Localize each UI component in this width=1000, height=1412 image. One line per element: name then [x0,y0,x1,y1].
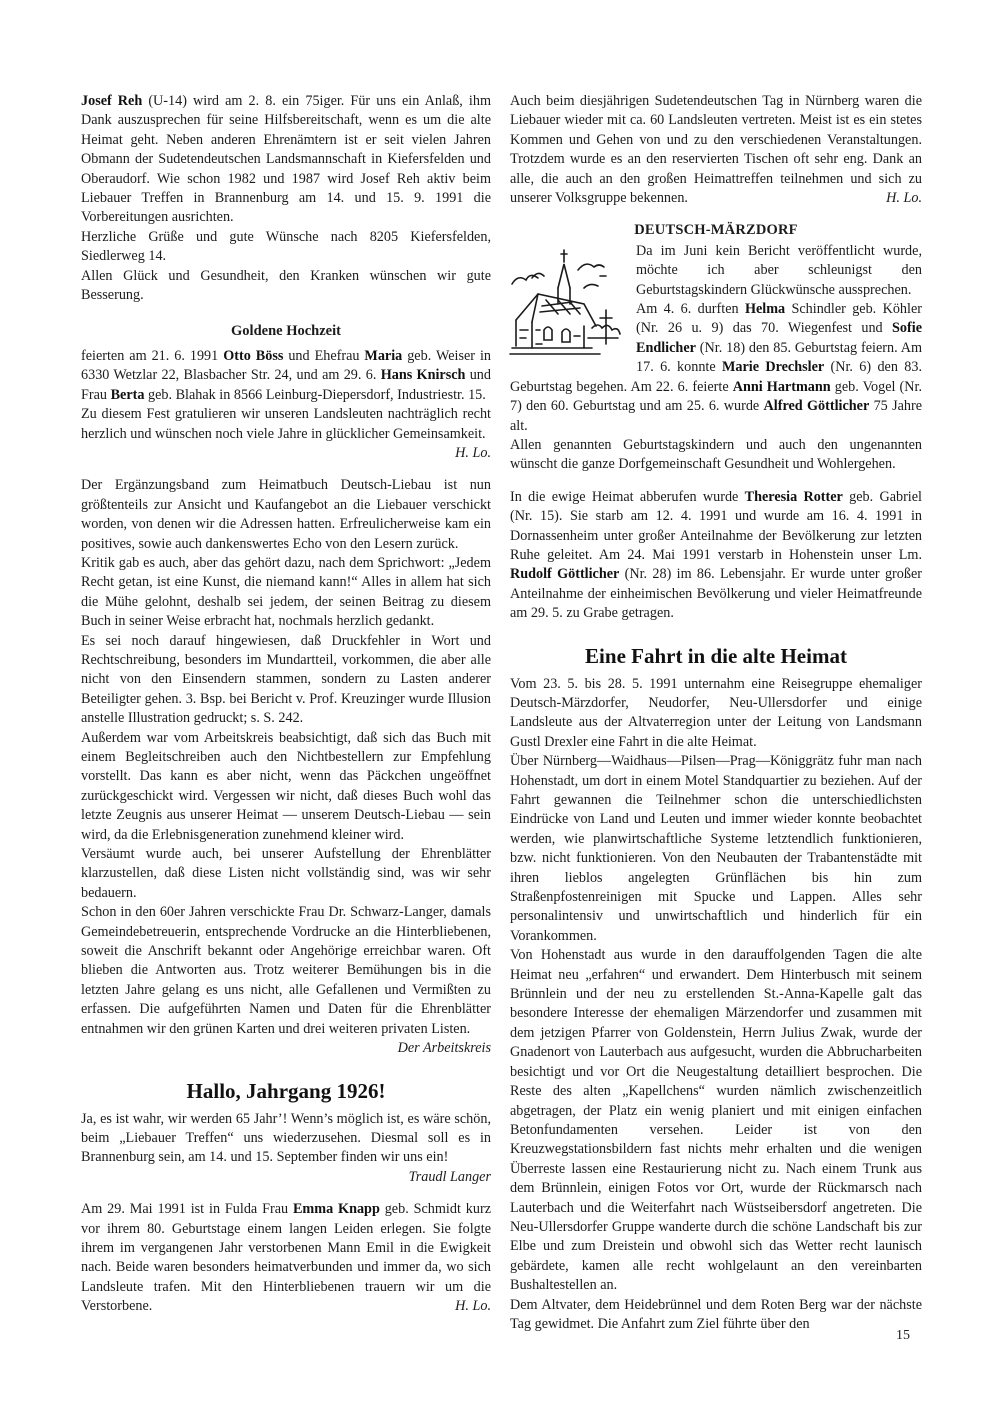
spacer [510,624,922,637]
maerzdorf-wishes: Allen genannten Geburtstagskindern und a… [510,436,922,475]
sudetentag-paragraph: Auch beim diesjährigen Sudetendeutschen … [510,92,922,208]
ergaenzungsband-p3: Es sei noch darauf hingewiesen, daß Druc… [81,632,491,729]
person-name: Josef Reh [81,93,142,109]
reh-paragraph: Josef Reh (U-14) wird am 2. 8. ein 75ige… [81,92,491,228]
signature: H. Lo. [455,1297,491,1316]
spacer [81,463,491,476]
ergaenzungsband-p4: Außerdem war vom Arbeitskreis beabsichti… [81,729,491,845]
signature: H. Lo. [886,189,922,208]
fahrt-p3: Von Hohenstadt aus wurde in den darauffo… [510,946,922,1295]
ergaenzungsband-p2: Kritik gab es auch, aber das gehört dazu… [81,554,491,632]
spacer [510,475,922,488]
headline-jahrgang-1926: Hallo, Jahrgang 1926! [81,1078,491,1104]
fahrt-p4: Dem Altvater, dem Heidebrünnel und dem R… [510,1296,922,1335]
church-illustration-icon [506,244,628,362]
left-column: Josef Reh (U-14) wird am 2. 8. ein 75ige… [81,92,491,1317]
spacer [81,1187,491,1200]
ergaenzungsband-p6: Schon in den 60er Jahren verschickte Fra… [81,903,491,1058]
reh-wish: Allen Glück und Gesundheit, den Kranken … [81,267,491,306]
hochzeit-congrats: Zu diesem Fest gratulieren wir unseren L… [81,405,491,463]
spacer [81,1059,491,1072]
maerzdorf-obituaries: In die ewige Heimat abberufen wurde Ther… [510,488,922,624]
jahrgang-paragraph: Ja, es ist wahr, wir werden 65 Jahr’! We… [81,1110,491,1188]
signature: H. Lo. [455,444,491,463]
ergaenzungsband-p1: Der Ergänzungsband zum Heimatbuch Deutsc… [81,476,491,554]
signature: Der Arbeitskreis [398,1039,491,1058]
knapp-obituary: Am 29. Mai 1991 ist in Fulda Frau Emma K… [81,1200,491,1316]
page-number: 15 [896,1328,910,1344]
section-heading-deutsch-maerzdorf: DEUTSCH-MÄRZDORF [510,221,922,240]
ergaenzungsband-p5: Versäumt wurde auch, bei unserer Aufstel… [81,845,491,903]
spacer [510,208,922,221]
fahrt-p2: Über Nürnberg—Waidhaus—Pilsen—Prag—König… [510,752,922,946]
section-heading-goldene-hochzeit: Goldene Hochzeit [81,322,491,341]
fahrt-p1: Vom 23. 5. bis 28. 5. 1991 unternahm ein… [510,675,922,753]
right-column: Auch beim diesjährigen Sudetendeutschen … [510,92,922,1334]
reh-greeting: Herzliche Grüße und gute Wünsche nach 82… [81,228,491,267]
spacer [81,305,491,318]
headline-fahrt-alte-heimat: Eine Fahrt in die alte Heimat [510,643,922,669]
hochzeit-paragraph: feierten am 21. 6. 1991 Otto Böss und Eh… [81,347,491,405]
signature: Traudl Langer [409,1168,491,1187]
